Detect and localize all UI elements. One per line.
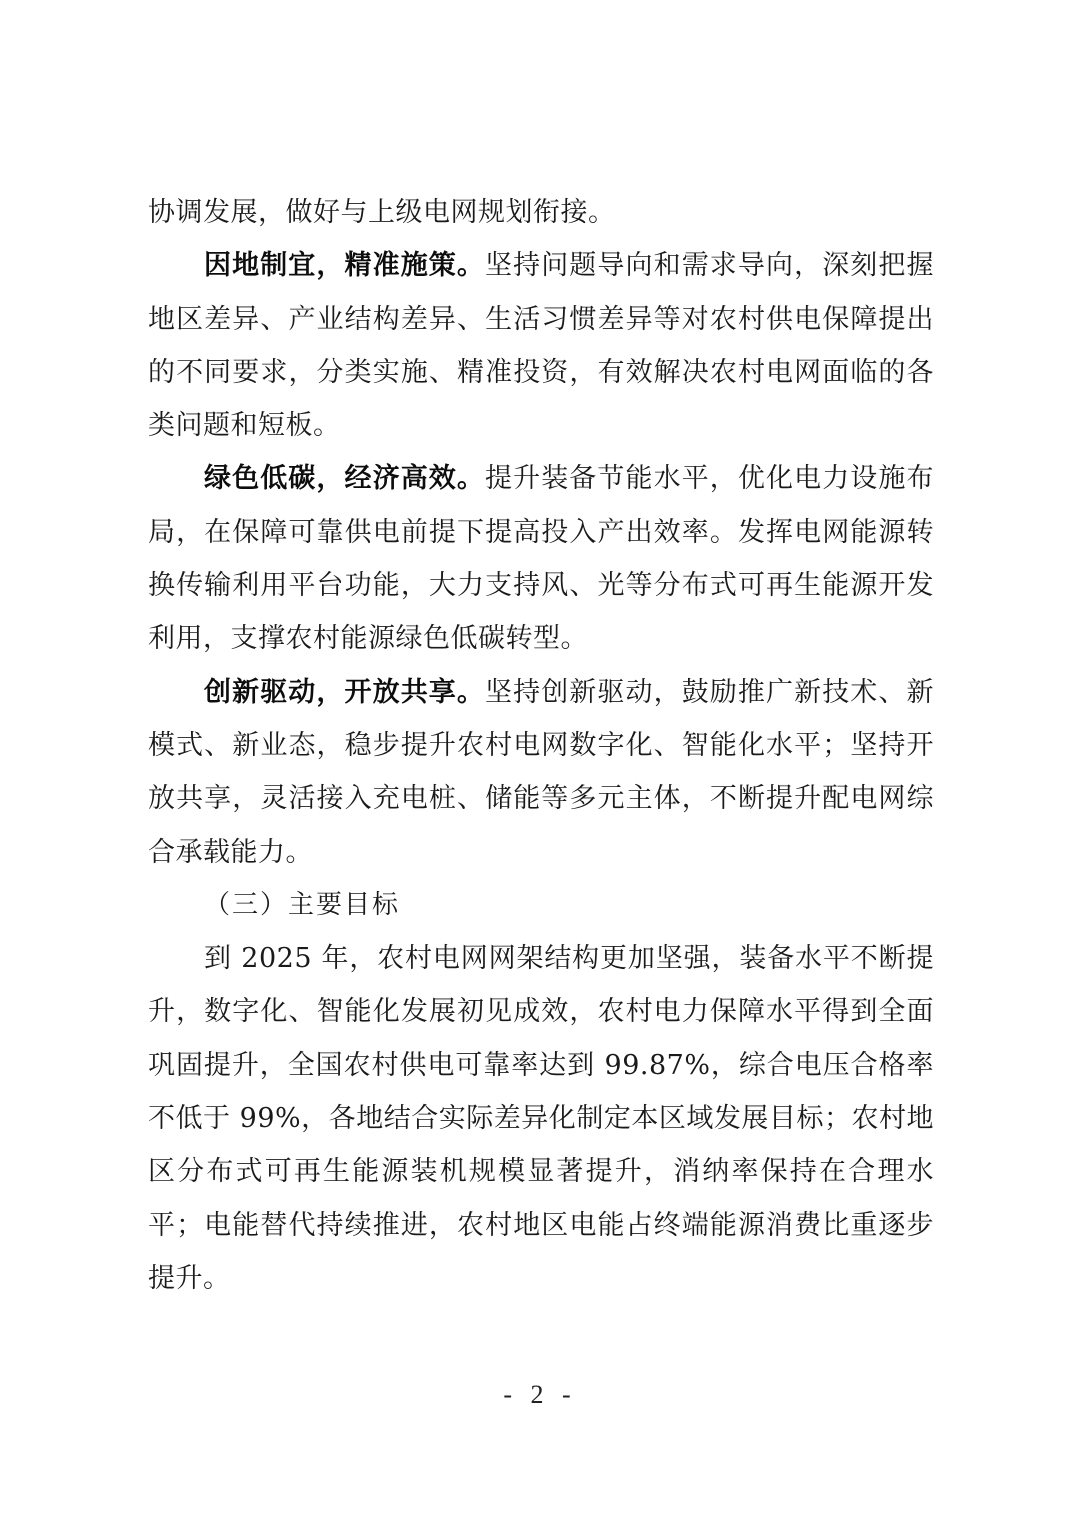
paragraph-principle-green: 绿色低碳，经济高效。提升装备节能水平，优化电力设施布局，在保障可靠供电前提下提高… bbox=[148, 452, 934, 665]
paragraph-lead: 绿色低碳，经济高效。 bbox=[204, 463, 485, 494]
section-heading: （三）主要目标 bbox=[148, 879, 934, 932]
paragraph-goals: 到 2025 年，农村电网网架结构更加坚强，装备水平不断提升，数字化、智能化发展… bbox=[148, 932, 934, 1305]
paragraph-principle-innovation: 创新驱动，开放共享。坚持创新驱动，鼓励推广新技术、新模式、新业态，稳步提升农村电… bbox=[148, 666, 934, 879]
paragraph-continuation: 协调发展，做好与上级电网规划衔接。 bbox=[148, 186, 934, 239]
document-page: 协调发展，做好与上级电网规划衔接。 因地制宜，精准施策。坚持问题导向和需求导向，… bbox=[148, 186, 934, 1305]
paragraph-text: 协调发展，做好与上级电网规划衔接。 bbox=[148, 197, 616, 228]
page-number: - 2 - bbox=[0, 1380, 1080, 1410]
paragraph-text: 到 2025 年，农村电网网架结构更加坚强，装备水平不断提升，数字化、智能化发展… bbox=[148, 943, 934, 1294]
paragraph-lead: 因地制宜，精准施策。 bbox=[204, 250, 485, 281]
paragraph-lead: 创新驱动，开放共享。 bbox=[204, 677, 485, 708]
paragraph-principle-local: 因地制宜，精准施策。坚持问题导向和需求导向，深刻把握地区差异、产业结构差异、生活… bbox=[148, 239, 934, 452]
